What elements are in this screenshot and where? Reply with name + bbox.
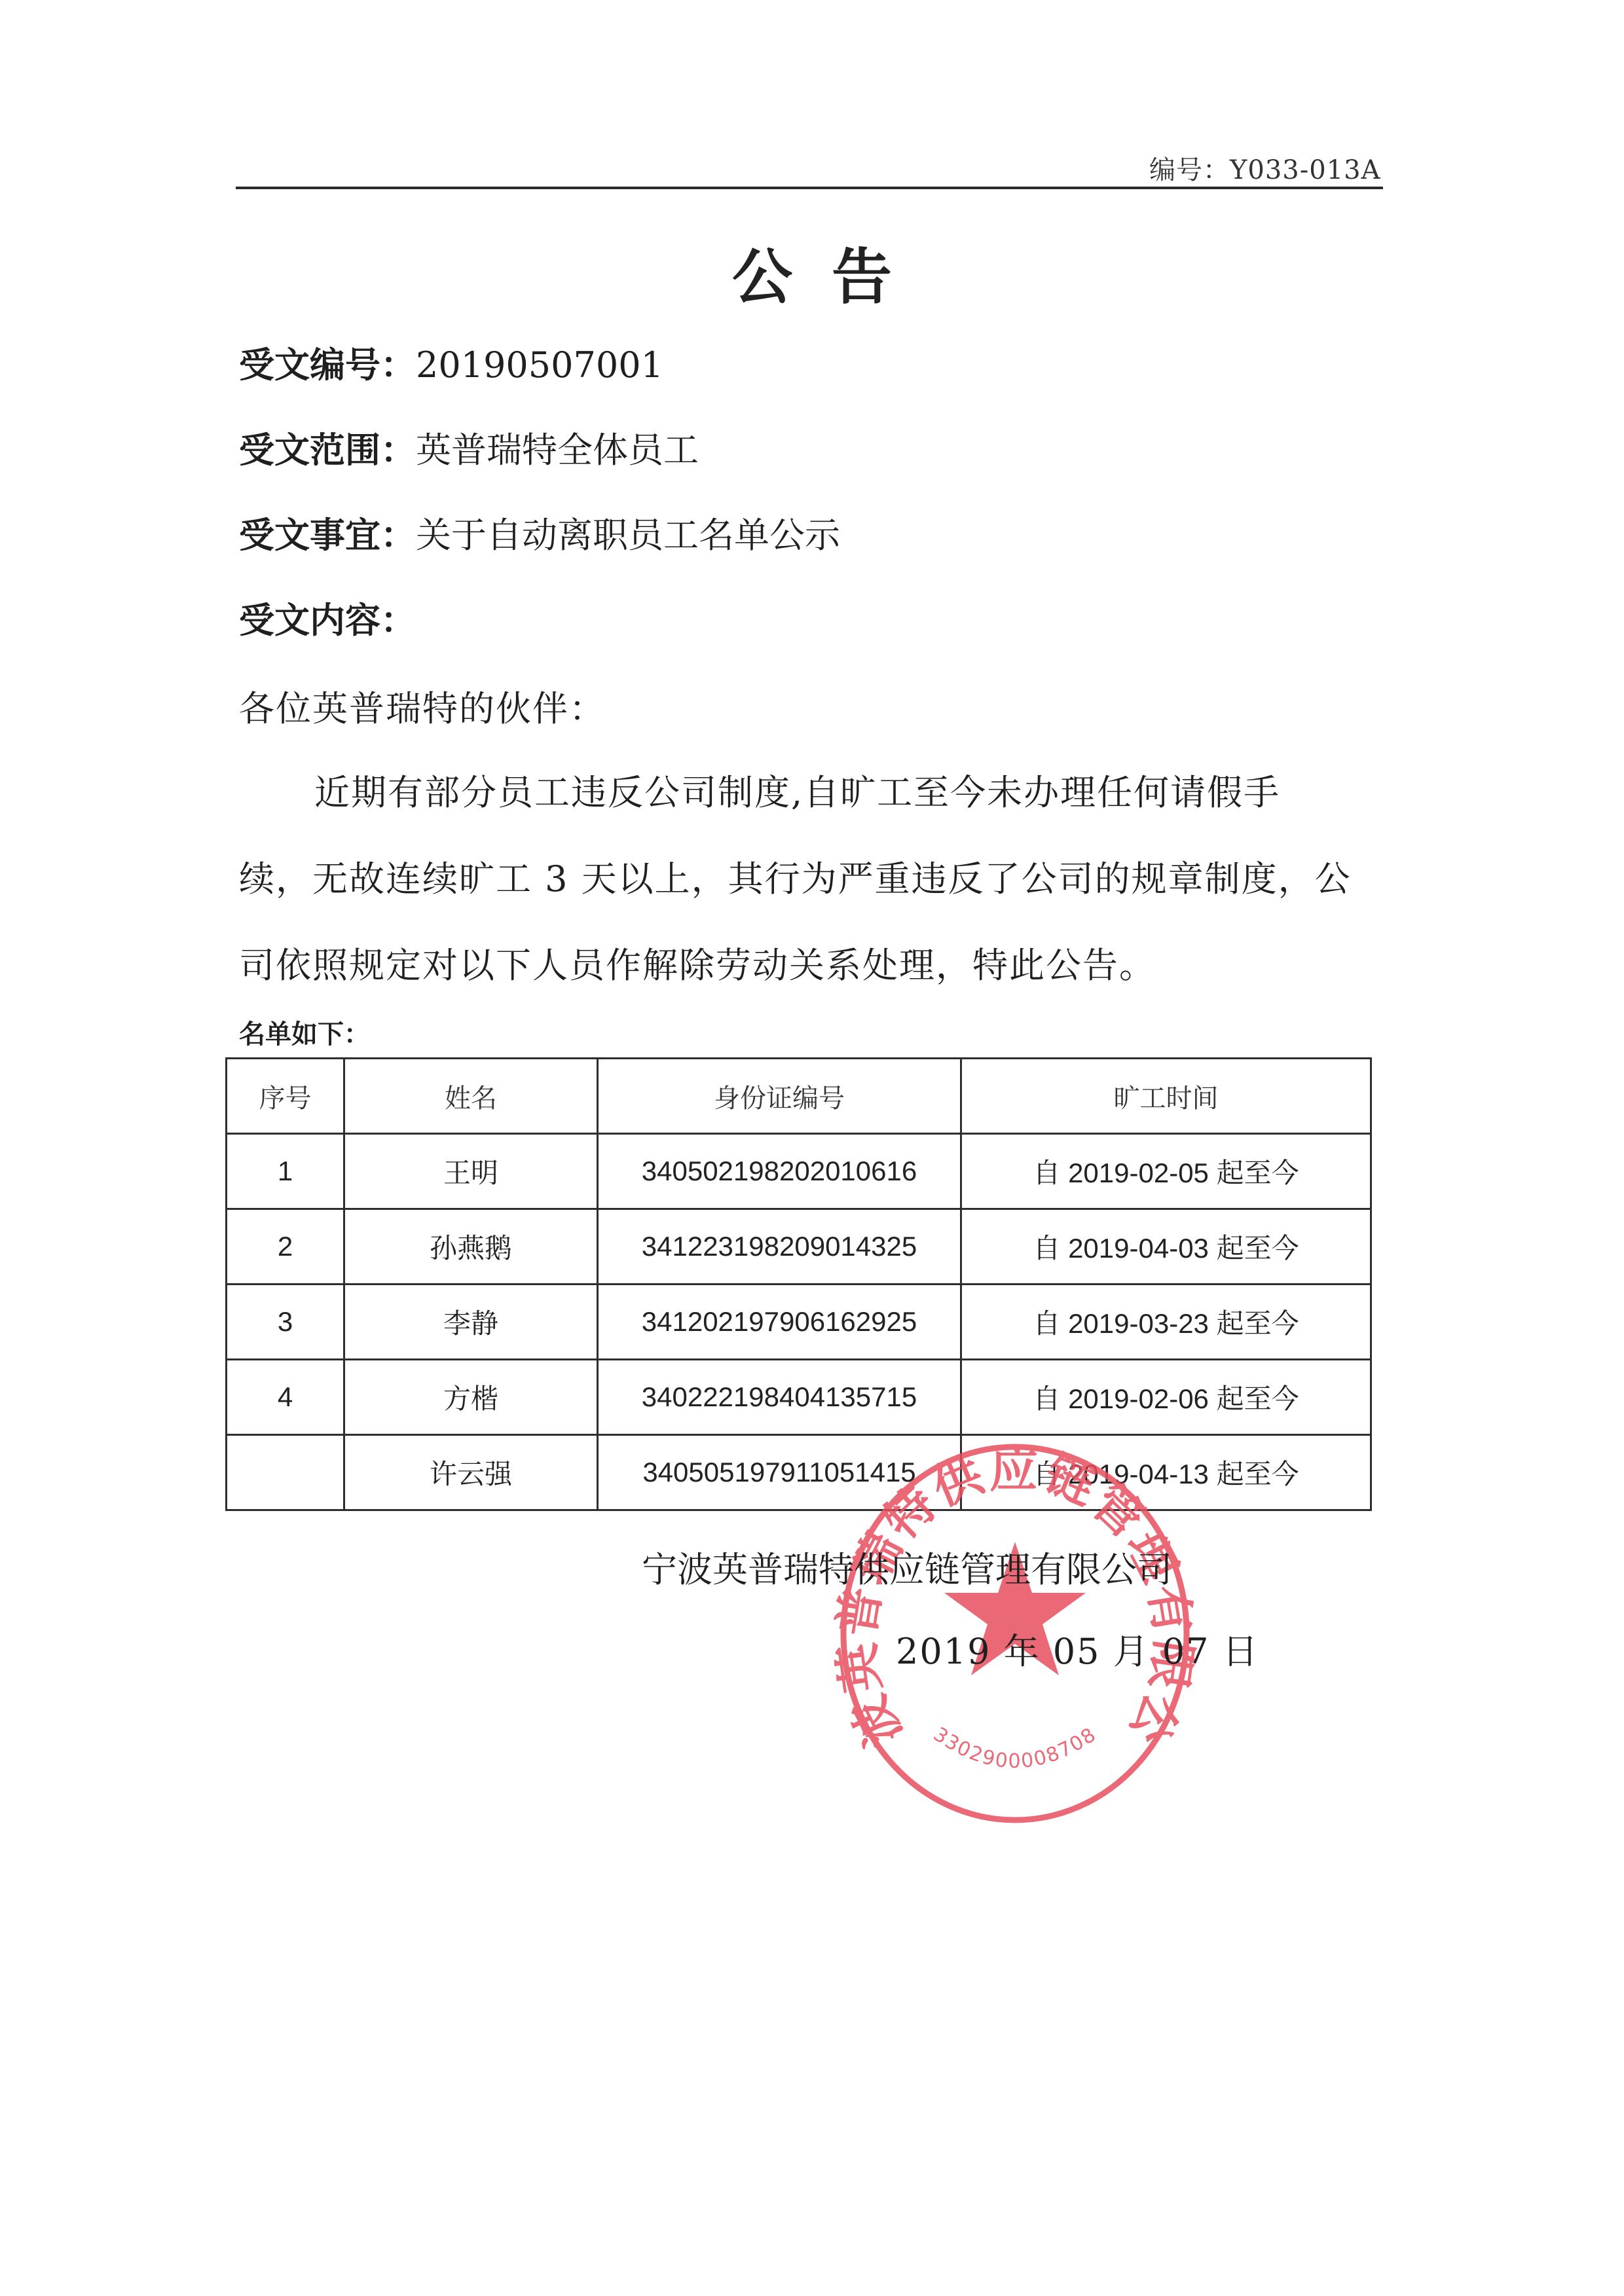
employee-table: 序号 姓名 身份证编号 旷工时间 1 王明 340502198202010616… [225, 1057, 1372, 1511]
cell-name: 孙燕鹅 [344, 1209, 598, 1285]
field-value: 关于自动离职员工名单公示 [416, 515, 840, 556]
cell-period: 自 2019-03-23 起至今 [961, 1285, 1371, 1360]
cell-no: 1 [227, 1134, 344, 1209]
table-row: 2 孙燕鹅 341223198209014325 自 2019-04-03 起至… [227, 1209, 1371, 1285]
document-code-label: 编号： [1149, 155, 1230, 185]
greeting: 各位英普瑞特的伙伴： [239, 681, 606, 731]
document-code: 编号：Y033-013A [1149, 149, 1381, 187]
cell-id: 340222198404135715 [598, 1360, 961, 1435]
cell-period: 自 2019-02-05 起至今 [961, 1134, 1371, 1209]
field-value: 英普瑞特全体员工 [416, 429, 699, 471]
field-value: 20190507001 [416, 344, 663, 386]
table-row: 3 李静 341202197906162925 自 2019-03-23 起至今 [227, 1285, 1371, 1360]
issuer-company: 宁波英普瑞特供应链管理有限公司 [642, 1542, 1172, 1592]
header-name: 姓名 [344, 1059, 598, 1134]
field-label: 受文范围： [239, 429, 416, 471]
document-code-value: Y033-013A [1230, 155, 1381, 185]
body-line-2: 续，无故连续旷工 3 天以上，其行为严重违反了公司的规章制度，公 [239, 851, 1352, 902]
cell-no [227, 1435, 344, 1510]
cell-id: 341223198209014325 [598, 1209, 961, 1285]
field-label: 受文编号： [239, 344, 416, 386]
issue-date: 2019 年 05 月 07 日 [896, 1624, 1259, 1674]
cell-name: 李静 [344, 1285, 598, 1360]
cell-no: 2 [227, 1209, 344, 1285]
seal-serial: 3302900008708 [929, 1723, 1101, 1773]
field-content: 受文内容： [239, 592, 416, 643]
cell-name: 方楷 [344, 1360, 598, 1435]
table-row: 4 方楷 340222198404135715 自 2019-02-06 起至今 [227, 1360, 1371, 1435]
header-period: 旷工时间 [961, 1059, 1371, 1134]
table-row: 1 王明 340502198202010616 自 2019-02-05 起至今 [227, 1134, 1371, 1209]
body-line-1: 近期有部分员工违反公司制度,自旷工至今未办理任何请假手 [314, 765, 1280, 815]
header-id: 身份证编号 [598, 1059, 961, 1134]
page-title: 公告 [0, 229, 1624, 316]
header-no: 序号 [227, 1059, 344, 1134]
cell-name: 许云强 [344, 1435, 598, 1510]
cell-id: 340505197911051415 [598, 1435, 961, 1510]
field-scope: 受文范围：英普瑞特全体员工 [239, 422, 699, 473]
body-line-3: 司依照规定对以下人员作解除劳动关系处理，特此公告。 [239, 938, 1156, 988]
cell-id: 341202197906162925 [598, 1285, 961, 1360]
cell-no: 4 [227, 1360, 344, 1435]
header-divider [236, 187, 1383, 189]
field-label: 受文内容： [239, 600, 416, 641]
field-label: 受文事宜： [239, 515, 416, 556]
field-document-number: 受文编号：20190507001 [239, 337, 663, 388]
cell-name: 王明 [344, 1134, 598, 1209]
table-header-row: 序号 姓名 身份证编号 旷工时间 [227, 1059, 1371, 1134]
list-label: 名单如下： [239, 1013, 370, 1051]
cell-period: 自 2019-04-13 起至今 [961, 1435, 1371, 1510]
cell-period: 自 2019-04-03 起至今 [961, 1209, 1371, 1285]
cell-period: 自 2019-02-06 起至今 [961, 1360, 1371, 1435]
table-row: 许云强 340505197911051415 自 2019-04-13 起至今 [227, 1435, 1371, 1510]
cell-id: 340502198202010616 [598, 1134, 961, 1209]
field-subject: 受文事宜：关于自动离职员工名单公示 [239, 507, 840, 558]
cell-no: 3 [227, 1285, 344, 1360]
